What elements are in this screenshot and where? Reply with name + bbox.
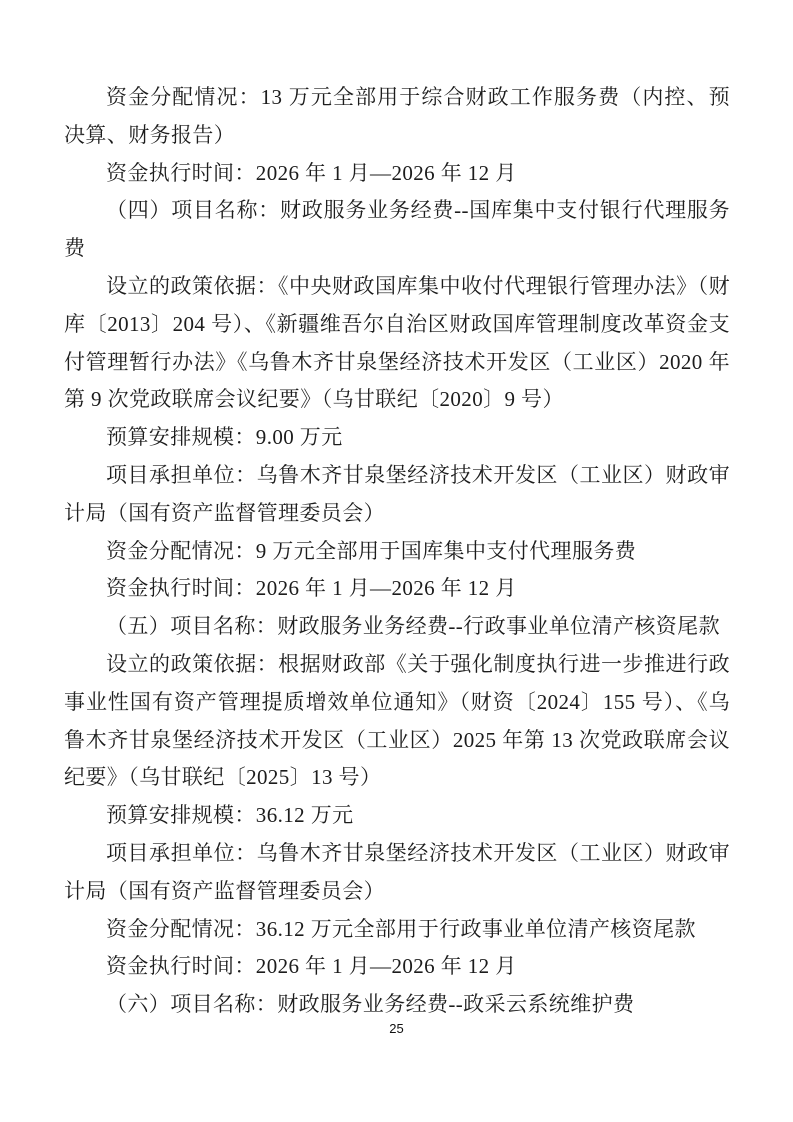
paragraph-project-4-policy-basis: 设立的政策依据：《中央财政国库集中收付代理银行管理办法》（财库〔2013〕204… [64, 268, 730, 419]
paragraph-fund-allocation: 资金分配情况：13 万元全部用于综合财政工作服务费（内控、预决算、财务报告） [64, 79, 730, 155]
paragraph-project-5-policy-basis: 设立的政策依据：根据财政部《关于强化制度执行进一步推进行政事业性国有资产管理提质… [64, 646, 730, 797]
paragraph-project-4-undertaking-unit: 项目承担单位：乌鲁木齐甘泉堡经济技术开发区（工业区）财政审计局（国有资产监督管理… [64, 457, 730, 533]
paragraph-project-5-budget-scale: 预算安排规模：36.12 万元 [64, 797, 730, 835]
paragraph-project-5-title: （五）项目名称：财政服务业务经费--行政事业单位清产核资尾款 [64, 608, 730, 646]
document-page: 资金分配情况：13 万元全部用于综合财政工作服务费（内控、预决算、财务报告） 资… [0, 0, 793, 1122]
paragraph-project-4-fund-allocation: 资金分配情况：9 万元全部用于国库集中支付代理服务费 [64, 533, 730, 571]
paragraph-project-5-fund-execution-period: 资金执行时间：2026 年 1 月—2026 年 12 月 [64, 948, 730, 986]
paragraph-project-4-title: （四）项目名称：财政服务业务经费--国库集中支付银行代理服务费 [64, 192, 730, 268]
paragraph-project-5-fund-allocation: 资金分配情况：36.12 万元全部用于行政事业单位清产核资尾款 [64, 911, 730, 949]
paragraph-fund-execution-period: 资金执行时间：2026 年 1 月—2026 年 12 月 [64, 155, 730, 193]
page-number: 25 [0, 1021, 793, 1036]
paragraph-project-4-fund-execution-period: 资金执行时间：2026 年 1 月—2026 年 12 月 [64, 570, 730, 608]
paragraph-project-6-title: （六）项目名称：财政服务业务经费--政采云系统维护费 [64, 986, 730, 1024]
paragraph-project-5-undertaking-unit: 项目承担单位：乌鲁木齐甘泉堡经济技术开发区（工业区）财政审计局（国有资产监督管理… [64, 835, 730, 911]
paragraph-project-4-budget-scale: 预算安排规模：9.00 万元 [64, 419, 730, 457]
document-body-text: 资金分配情况：13 万元全部用于综合财政工作服务费（内控、预决算、财务报告） 资… [64, 79, 730, 1024]
